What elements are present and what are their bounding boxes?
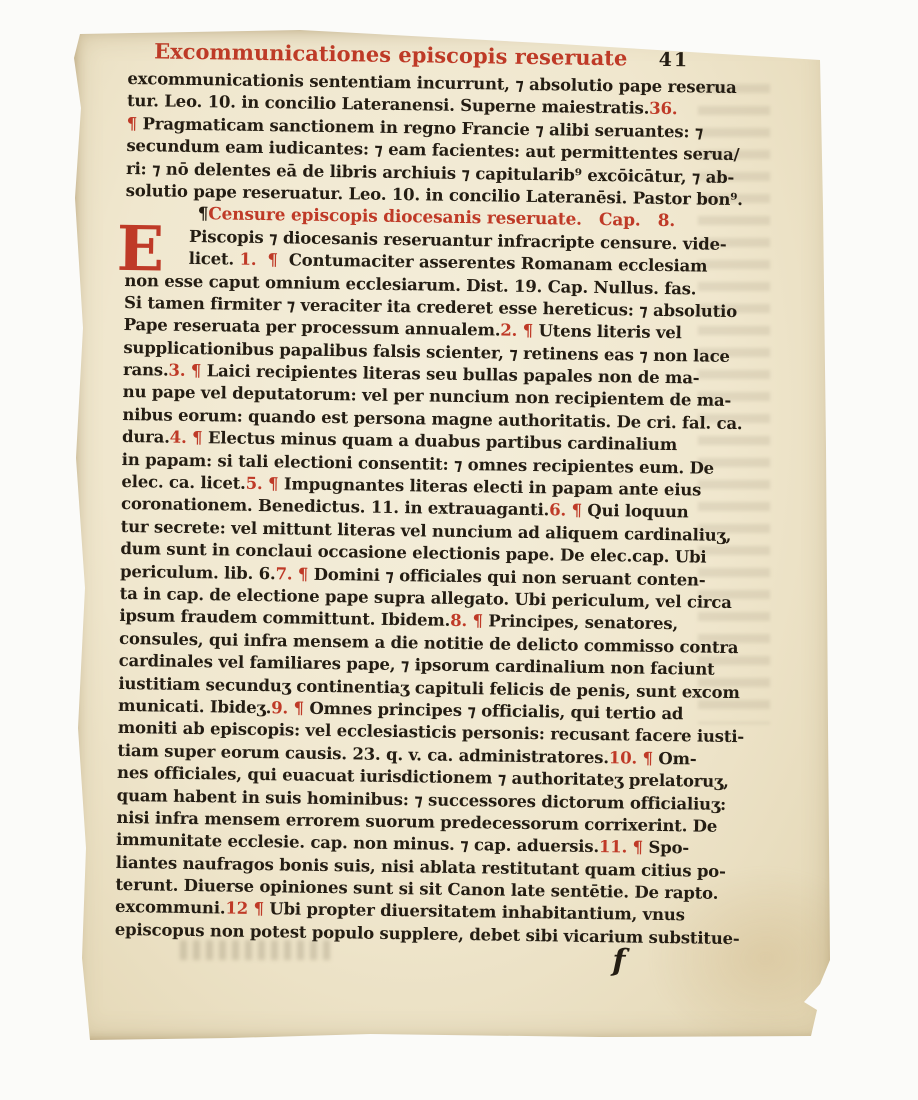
folio-number: 41 [659,49,690,71]
ink-text: Qui loquun [587,501,688,521]
scan-background: Excommunicationes episcopis reseruate 41… [0,0,918,1100]
ink-text: Contumaciter asserentes Romanam ecclesia… [289,251,708,276]
rubric-text: 12 ¶ [225,899,269,919]
text-block: Excommunicationes episcopis reseruate 41… [115,38,724,950]
rubric-text: 36. [649,99,677,118]
ink-text: Ubi propter diuersitatem inhabitantium, … [269,900,685,925]
ink-text: Spo- [648,838,689,858]
ink-text: dura. [122,427,170,447]
ink-text: ipsum fraudem committunt. Ibidem. [119,606,450,630]
rubric-text: 10. ¶ [609,748,659,768]
incunable-leaf: Excommunicationes episcopis reseruate 41… [70,28,834,1044]
running-header-title: Excommunicationes episcopis reseruate [128,38,724,72]
ink-text: Pape reseruata per processum annualem. [124,315,501,340]
rubric-text: 8. ¶ [450,611,488,631]
ink-text: excommuni. [115,897,226,918]
ink-text: Omnes principes ⁊ officialis, qui tertio… [309,699,683,724]
rubric-text: 2. ¶ [500,321,538,341]
rubric-text: 9. ¶ [271,698,309,718]
ink-text: Principes, senatores, [488,612,678,634]
ink-text: rans. [123,360,169,380]
rubric-text: 4. ¶ [170,428,208,448]
rubric-text: 3. ¶ [168,361,206,381]
ink-text: Utens literis vel [538,321,681,342]
rubric-text: 1. ¶ [239,250,289,270]
rubric-text: 11. ¶ [599,837,649,857]
ink-text: municati. Ibideʒ. [118,696,271,717]
ink-text: Om- [658,749,696,769]
signature-mark: f [612,943,625,978]
rubric-text: 6. ¶ [549,501,587,521]
ink-text: Domini ⁊ officiales qui non seruant cont… [314,564,706,589]
rubric-text: 7. ¶ [275,564,313,584]
rubric-text: 5. ¶ [246,474,284,494]
ink-text: ¶ [198,204,209,224]
rubricated-initial: E [116,224,164,275]
rubric-text: ¶ [127,114,143,133]
ink-text: periculum. lib. 6. [120,562,276,583]
text-lines: E excommunicationis sententiam incurrunt… [115,68,724,950]
ink-text: elec. ca. licet. [121,472,246,493]
ink-text: licet. [189,249,240,269]
